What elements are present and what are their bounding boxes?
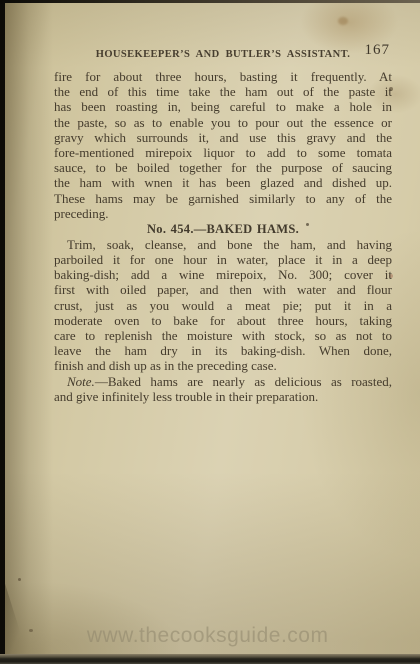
section-heading: No. 454.—BAKED HAMS.: [54, 221, 392, 237]
text-line: crust, just as you would a meat pie; put…: [54, 298, 392, 313]
paragraph-note: Note.—Baked hams are nearly as delicious…: [54, 374, 392, 404]
note-line: and give infinitely less trouble in thei…: [54, 389, 392, 404]
photo-bottom-edge: [0, 654, 420, 664]
text-line: These hams may be garnished similarly to…: [54, 191, 392, 206]
text-line: the paste, so as to enable you to pour o…: [54, 115, 392, 130]
text-line: has been roasting in, being careful to m…: [54, 99, 392, 114]
text-line: first with oiled paper, and then with wa…: [54, 282, 392, 297]
text-line: preceding.: [54, 206, 392, 221]
text-line: baking-dish; add a wine mirepoix, No. 30…: [54, 267, 392, 282]
text-column: HOUSEKEEPER’S AND BUTLER’S ASSISTANT. 16…: [54, 45, 392, 404]
running-title: HOUSEKEEPER’S AND BUTLER’S ASSISTANT.: [96, 49, 350, 60]
text-line: finish and dish up as in the preceding c…: [54, 358, 392, 373]
page-number: 167: [365, 42, 391, 59]
text-line: sauce, to be boiled together for the pur…: [54, 160, 392, 175]
book-page: HOUSEKEEPER’S AND BUTLER’S ASSISTANT. 16…: [5, 3, 420, 654]
note-line: Note.—Baked hams are nearly as delicious…: [54, 374, 392, 389]
fox-spot: [338, 17, 348, 25]
text-line: Trim, soak, cleanse, and bone the ham, a…: [54, 237, 392, 252]
text-line: fore-mentioned mirepoix liquor to add to…: [54, 145, 392, 160]
note-label: Note.: [67, 374, 95, 389]
paragraph-continued: fire for about three hours, basting it f…: [54, 69, 392, 221]
running-header: HOUSEKEEPER’S AND BUTLER’S ASSISTANT. 16…: [54, 45, 392, 60]
book-photo: HOUSEKEEPER’S AND BUTLER’S ASSISTANT. 16…: [0, 0, 420, 664]
note-text: —Baked hams are nearly as delicious as r…: [95, 374, 392, 389]
text-line: fire for about three hours, basting it f…: [54, 69, 392, 84]
paragraph-recipe: Trim, soak, cleanse, and bone the ham, a…: [54, 237, 392, 374]
text-line: moderate oven to bake for about three ho…: [54, 313, 392, 328]
text-line: gravy which surrounds it, and use this g…: [54, 130, 392, 145]
page-gutter-shadow: [5, 3, 53, 654]
text-line: parboiled it for one hour in water, plac…: [54, 252, 392, 267]
fox-spot: [29, 629, 33, 632]
text-line: the end of this time take the ham out of…: [54, 84, 392, 99]
text-line: care to replenish the moisture with stoc…: [54, 328, 392, 343]
watermark-text: www.thecooksguide.com: [87, 624, 329, 648]
text-line: leave the ham dry in its baking-dish. Wh…: [54, 343, 392, 358]
fox-spot: [18, 578, 21, 581]
text-line: the ham with wnen it has been glazed and…: [54, 175, 392, 190]
